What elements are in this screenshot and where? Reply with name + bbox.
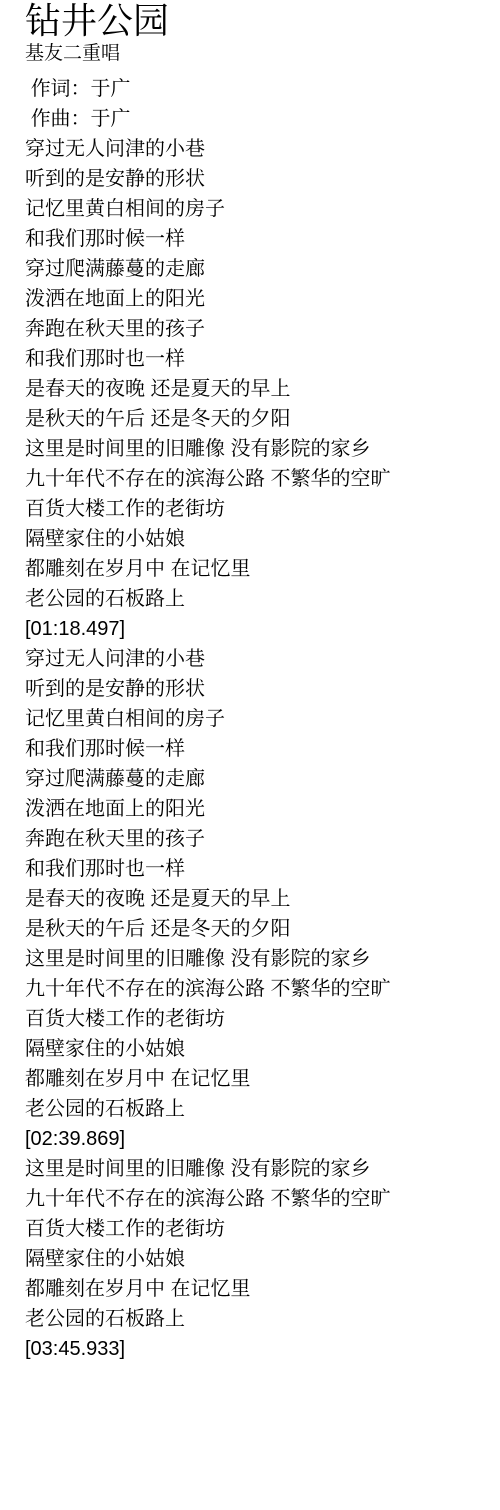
lyric-line: 和我们那时候一样 xyxy=(25,734,480,764)
lyric-line: 隔壁家住的小姑娘 xyxy=(25,524,480,554)
artist-name: 基友二重唱 xyxy=(25,42,480,66)
lyric-line: 都雕刻在岁月中 在记忆里 xyxy=(25,554,480,584)
lyric-line: 这里是时间里的旧雕像 没有影院的家乡 xyxy=(25,944,480,974)
lyric-line: 作词：于广 xyxy=(25,74,480,104)
lyric-line: 百货大楼工作的老街坊 xyxy=(25,494,480,524)
timestamp-line: [02:39.869] xyxy=(25,1124,480,1154)
lyric-line: 奔跑在秋天里的孩子 xyxy=(25,314,480,344)
lyrics-body: 作词：于广 作曲：于广穿过无人问津的小巷听到的是安静的形状记忆里黄白相间的房子和… xyxy=(25,74,480,1364)
lyric-line: 都雕刻在岁月中 在记忆里 xyxy=(25,1064,480,1094)
lyric-line: 穿过无人问津的小巷 xyxy=(25,644,480,674)
lyric-line: 老公园的石板路上 xyxy=(25,584,480,614)
lyric-line: 和我们那时候一样 xyxy=(25,224,480,254)
lyric-line: 穿过爬满藤蔓的走廊 xyxy=(25,254,480,284)
lyric-line: 记忆里黄白相间的房子 xyxy=(25,704,480,734)
lyric-line: 泼洒在地面上的阳光 xyxy=(25,794,480,824)
lyric-line: 这里是时间里的旧雕像 没有影院的家乡 xyxy=(25,434,480,464)
lyric-line: 隔壁家住的小姑娘 xyxy=(25,1244,480,1274)
lyric-line: 听到的是安静的形状 xyxy=(25,674,480,704)
lyric-line: 是秋天的午后 还是冬天的夕阳 xyxy=(25,404,480,434)
lyric-line: 都雕刻在岁月中 在记忆里 xyxy=(25,1274,480,1304)
lyric-line: 隔壁家住的小姑娘 xyxy=(25,1034,480,1064)
lyric-line: 作曲：于广 xyxy=(25,104,480,134)
lyrics-page: 钻井公园 基友二重唱 作词：于广 作曲：于广穿过无人问津的小巷听到的是安静的形状… xyxy=(0,0,500,1510)
lyric-line: 和我们那时也一样 xyxy=(25,854,480,884)
timestamp-line: [03:45.933] xyxy=(25,1334,480,1364)
lyric-line: 记忆里黄白相间的房子 xyxy=(25,194,480,224)
lyric-line: 奔跑在秋天里的孩子 xyxy=(25,824,480,854)
lyric-line: 百货大楼工作的老街坊 xyxy=(25,1004,480,1034)
lyric-line: 这里是时间里的旧雕像 没有影院的家乡 xyxy=(25,1154,480,1184)
lyric-line: 九十年代不存在的滨海公路 不繁华的空旷 xyxy=(25,974,480,1004)
lyric-line: 穿过无人问津的小巷 xyxy=(25,134,480,164)
lyric-line: 九十年代不存在的滨海公路 不繁华的空旷 xyxy=(25,1184,480,1214)
lyric-line: 听到的是安静的形状 xyxy=(25,164,480,194)
timestamp-line: [01:18.497] xyxy=(25,614,480,644)
lyric-line: 老公园的石板路上 xyxy=(25,1094,480,1124)
lyric-line: 是春天的夜晚 还是夏天的早上 xyxy=(25,374,480,404)
lyric-line: 和我们那时也一样 xyxy=(25,344,480,374)
page-title: 钻井公园 xyxy=(25,0,480,42)
lyric-line: 九十年代不存在的滨海公路 不繁华的空旷 xyxy=(25,464,480,494)
lyric-line: 穿过爬满藤蔓的走廊 xyxy=(25,764,480,794)
lyric-line: 是秋天的午后 还是冬天的夕阳 xyxy=(25,914,480,944)
lyric-line: 老公园的石板路上 xyxy=(25,1304,480,1334)
lyric-line: 百货大楼工作的老街坊 xyxy=(25,1214,480,1244)
lyric-line: 泼洒在地面上的阳光 xyxy=(25,284,480,314)
lyric-line: 是春天的夜晚 还是夏天的早上 xyxy=(25,884,480,914)
